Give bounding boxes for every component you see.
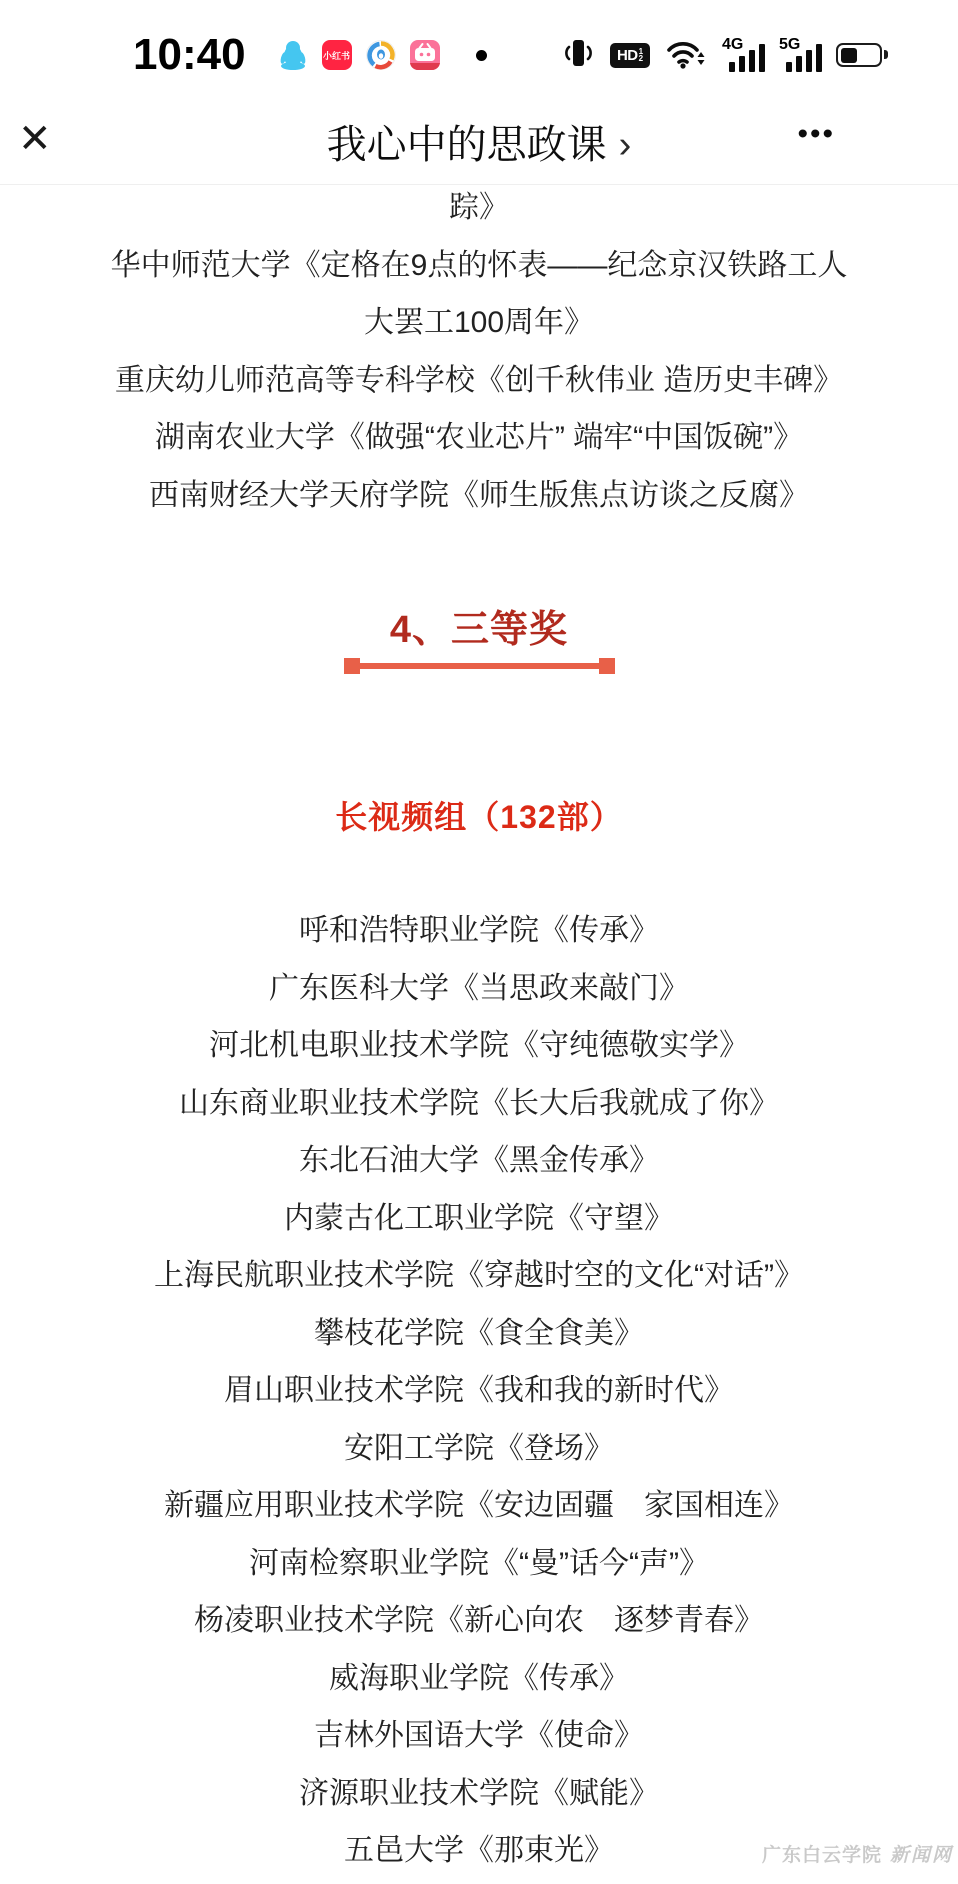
battery-icon <box>836 43 882 67</box>
award-entry-line: 安阳工学院《登场》 <box>0 1420 958 1478</box>
notification-app-icons: 小红书 <box>278 40 487 70</box>
watermark: 广东白云学院新闻网 <box>762 1840 953 1867</box>
award-entry-line: 湖南农业大学《做强“农业芯片” 端牢“中国饭碗”》 <box>0 409 958 467</box>
bilibili-icon <box>410 40 440 70</box>
page-title[interactable]: 我心中的思政课 <box>327 123 607 167</box>
award-entry-line: 大罢工100周年》 <box>0 294 958 352</box>
watermark-site-name: 广东白云学院 <box>762 1845 882 1866</box>
watermark-suffix: 新闻网 <box>890 1845 953 1866</box>
award-entry-line: 华中师范大学《定格在9点的怀表——纪念京汉铁路工人 <box>0 237 958 295</box>
group-title: 长视频组（132部） <box>0 797 958 837</box>
xiaohongshu-icon: 小红书 <box>322 40 352 70</box>
xiaohongshu-label: 小红书 <box>323 49 350 62</box>
signal-4g-icon: 4G <box>722 38 764 72</box>
status-bar: 10:40 小红书 <box>0 0 958 88</box>
tencent-news-icon <box>366 40 396 70</box>
intro-entries-list: 踪》华中师范大学《定格在9点的怀表——纪念京汉铁路工人大罢工100周年》重庆幼儿… <box>0 179 958 524</box>
award-entry-line: 新疆应用职业技术学院《安边固疆 家国相连》 <box>0 1477 958 1535</box>
award-entry-line: 内蒙古化工职业学院《守望》 <box>0 1190 958 1248</box>
signal-5g-icon: 5G <box>779 38 821 72</box>
award-entry-line: 河南检察职业学院《“曼”话今“声”》 <box>0 1535 958 1593</box>
award-entry-line: 河北机电职业技术学院《守纯德敬实学》 <box>0 1017 958 1075</box>
award-entry-line: 重庆幼儿师范高等专科学校《创千秋伟业 造历史丰碑》 <box>0 352 958 410</box>
vibrate-icon <box>562 36 595 75</box>
clock: 10:40 <box>133 30 246 80</box>
wifi-icon <box>665 37 707 74</box>
award-entry-line: 攀枝花学院《食全食美》 <box>0 1305 958 1363</box>
award-entry-line: 威海职业学院《传承》 <box>0 1650 958 1708</box>
award-entry-line: 东北石油大学《黑金传承》 <box>0 1132 958 1190</box>
chevron-right-icon[interactable]: › <box>619 124 632 166</box>
award-entry-line: 山东商业职业技术学院《长大后我就成了你》 <box>0 1075 958 1133</box>
award-entry-line: 杨凌职业技术学院《新心向农 逐梦青春》 <box>0 1592 958 1650</box>
award-entry-line: 济源职业技术学院《赋能》 <box>0 1765 958 1823</box>
article-body: 踪》华中师范大学《定格在9点的怀表——纪念京汉铁路工人大罢工100周年》重庆幼儿… <box>0 179 958 1880</box>
award-entry-line: 上海民航职业技术学院《穿越时空的文化“对话”》 <box>0 1247 958 1305</box>
bilibili-banner <box>410 63 440 70</box>
notification-dot-icon <box>476 50 487 61</box>
section-title: 4、三等奖 <box>0 605 958 655</box>
more-options-button[interactable]: ••• <box>797 120 835 150</box>
award-entry-line: 吉林外国语大学《使命》 <box>0 1707 958 1765</box>
status-system-icons: HD 1 2 4G <box>562 36 890 75</box>
section-divider-line <box>344 663 615 669</box>
nav-bar: ✕ 我心中的思政课› ••• <box>0 88 958 185</box>
entries-list: 呼和浩特职业学院《传承》广东医科大学《当思政来敲门》河北机电职业技术学院《守纯德… <box>0 902 958 1880</box>
award-entry-line: 眉山职业技术学院《我和我的新时代》 <box>0 1362 958 1420</box>
award-entry-line: 踪》 <box>0 179 958 237</box>
award-entry-line: 广东医科大学《当思政来敲门》 <box>0 960 958 1018</box>
phone-screen: 10:40 小红书 <box>0 0 958 1884</box>
award-entry-line: 呼和浩特职业学院《传承》 <box>0 902 958 960</box>
award-entry-line: 西南财经大学天府学院《师生版焦点访谈之反腐》 <box>0 467 958 525</box>
volte-hd-icon: HD 1 2 <box>610 43 650 68</box>
qq-icon <box>278 40 308 70</box>
